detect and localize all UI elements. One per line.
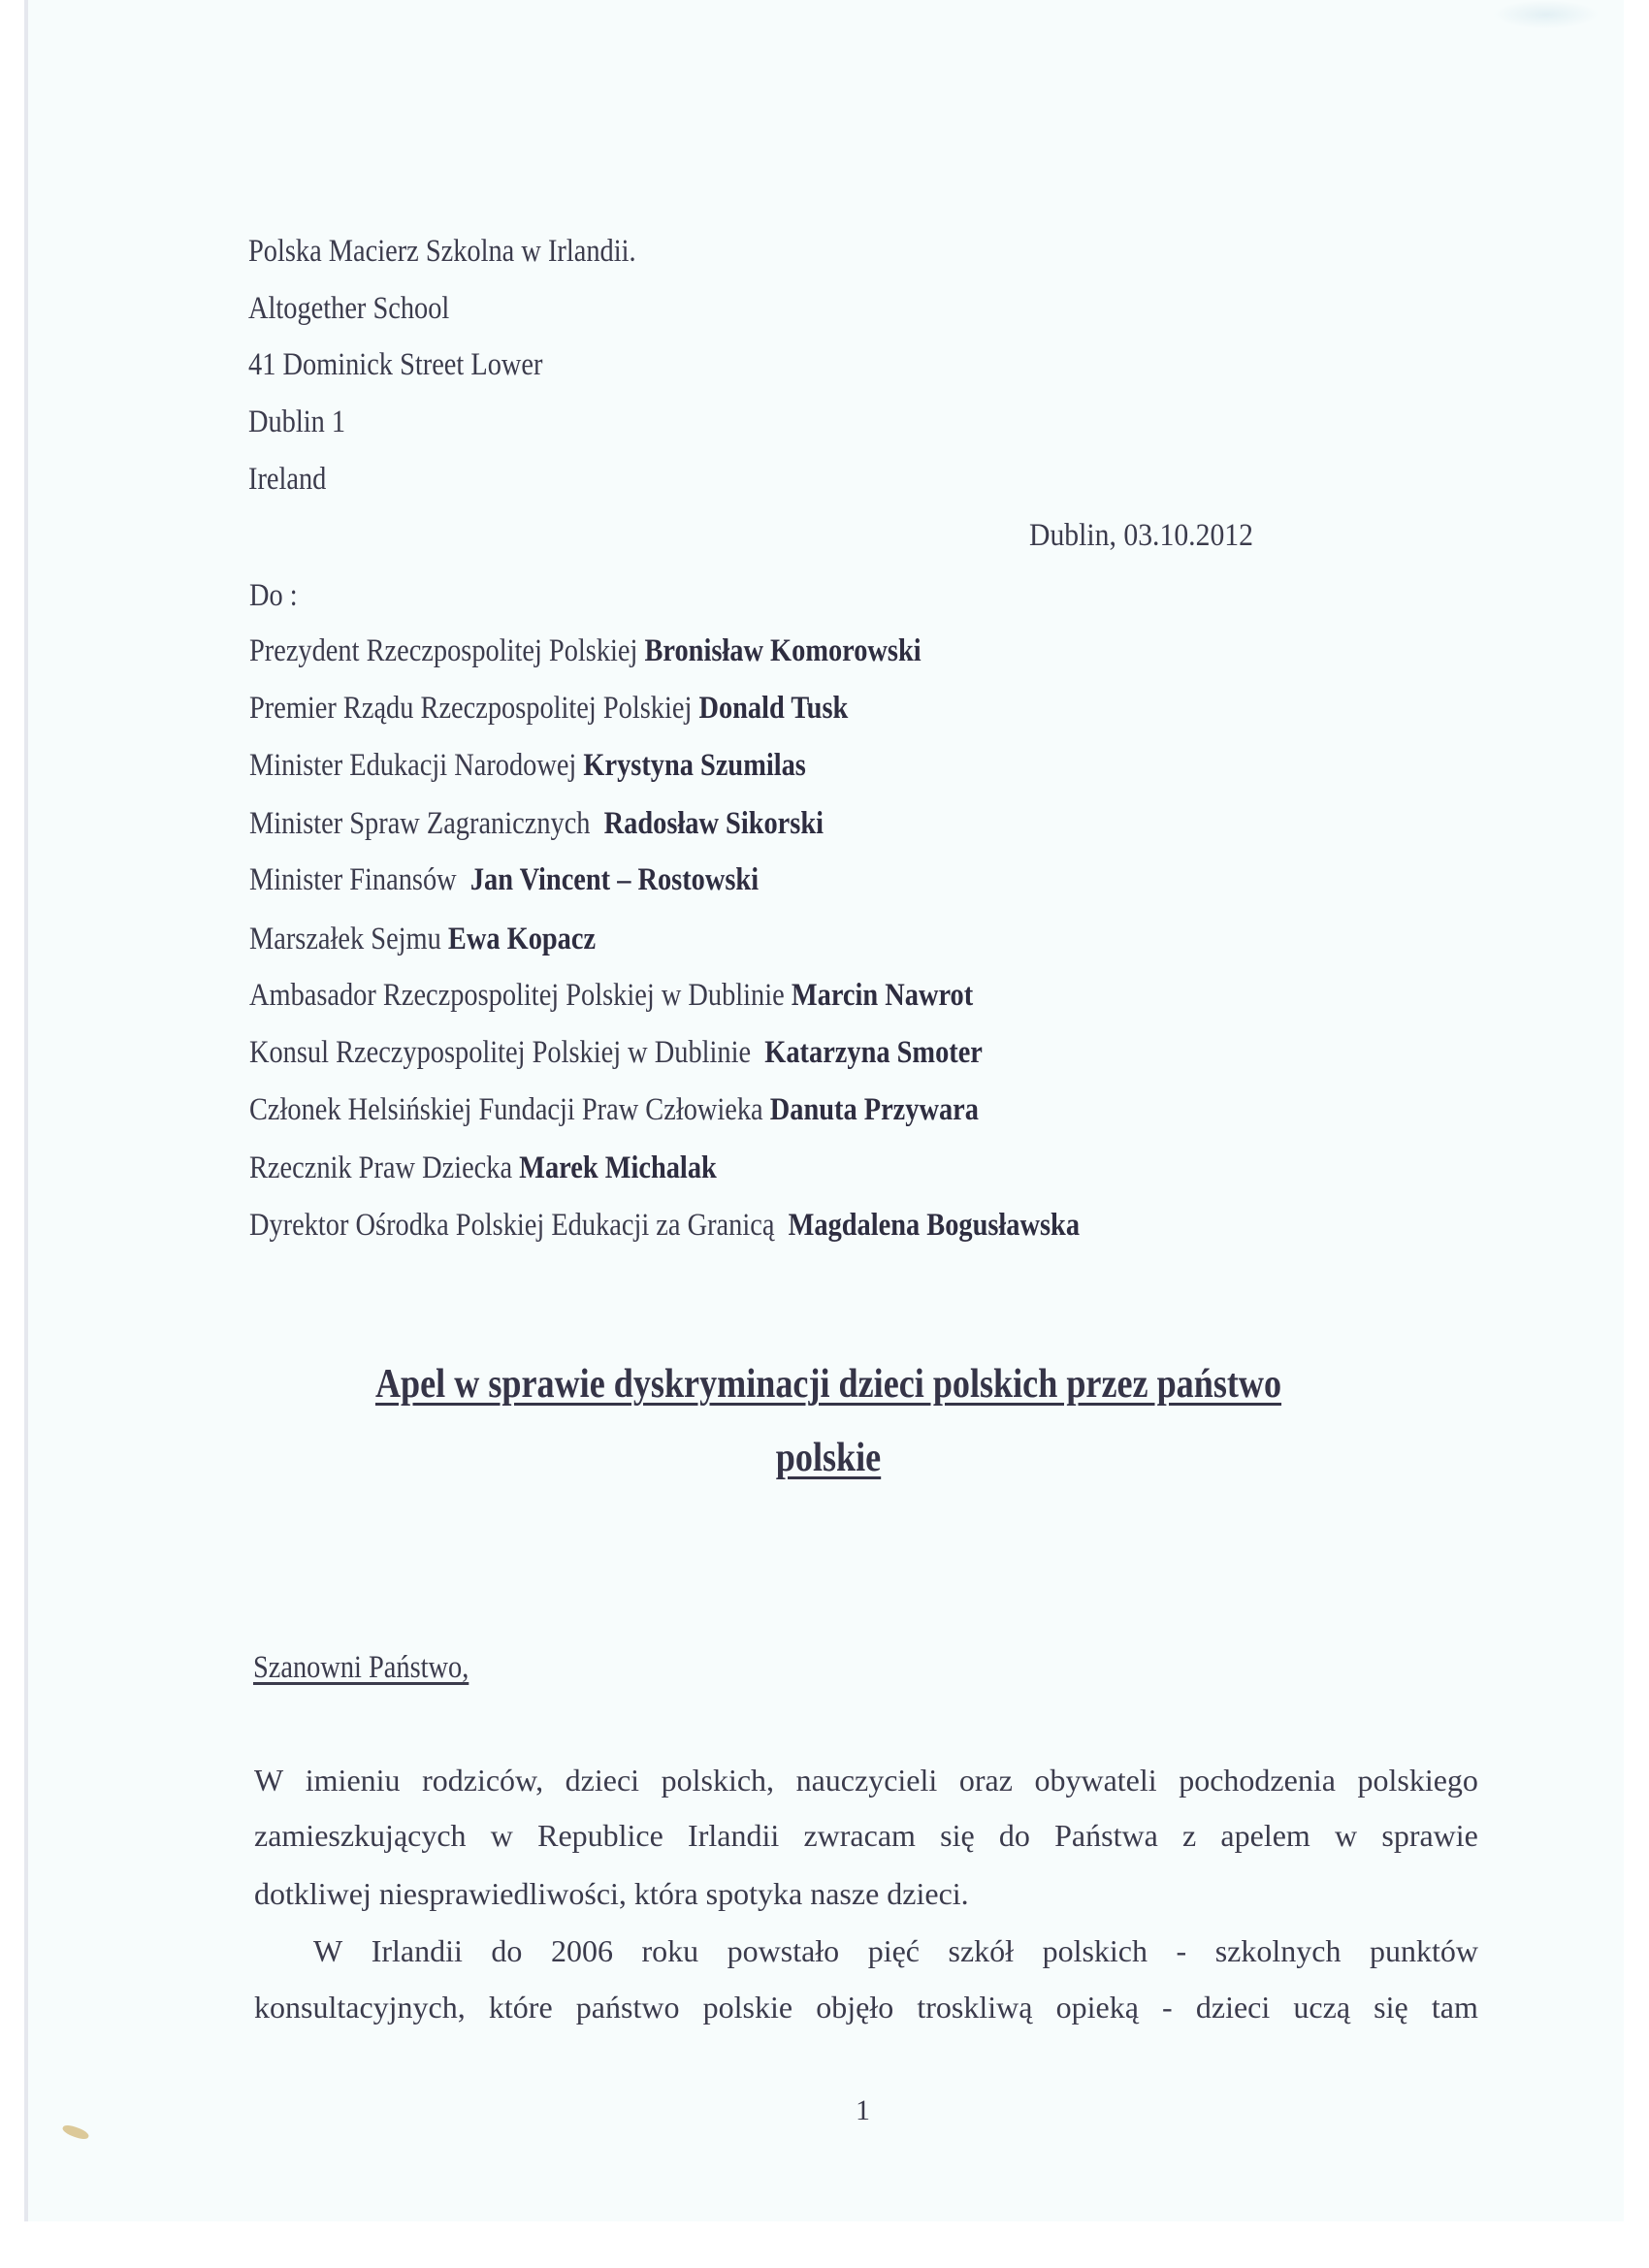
sender-line: Ireland (248, 460, 326, 499)
word: szkolnych (1215, 1931, 1342, 1970)
word: imieniu (306, 1761, 401, 1799)
recipient-name: Marcin Nawrot (792, 978, 973, 1013)
sender-line: Altogether School (248, 289, 449, 328)
sender-line: 41 Dominick Street Lower (248, 345, 542, 384)
word: polskie (703, 1988, 792, 2026)
recipient-item: Ambasador Rzeczpospolitej Polskiej w Dub… (249, 976, 973, 1015)
recipient-title: Dyrektor Ośrodka Polskiej Edukacji za Gr… (249, 1208, 789, 1243)
word: które (489, 1988, 553, 2026)
recipient-item: Członek Helsińskiej Fundacji Praw Człowi… (249, 1090, 979, 1129)
word: W (254, 1761, 283, 1799)
body-line: dotkliwej niesprawiedliwości, która spot… (254, 1874, 969, 1913)
word: tam (1432, 1988, 1478, 2026)
recipient-title: Premier Rządu Rzeczpospolitej Polskiej (249, 691, 698, 726)
word: rodziców, (422, 1761, 543, 1799)
word: sprawie (1381, 1816, 1478, 1855)
recipient-item: Rzecznik Praw Dziecka Marek Michalak (249, 1149, 717, 1187)
recipient-name: Ewa Kopacz (448, 922, 596, 956)
scan-stain (1493, 0, 1600, 29)
recipient-name: Jan Vincent – Rostowski (470, 862, 759, 897)
recipient-item: Marszałek Sejmu Ewa Kopacz (249, 920, 596, 958)
recipient-name: Donald Tusk (698, 691, 848, 726)
word: nauczycieli (796, 1761, 938, 1799)
body-line: konsultacyjnych,którepaństwopolskieobjęł… (254, 1988, 1478, 2026)
word: obywateli (1034, 1761, 1156, 1799)
recipient-title: Minister Edukacji Narodowej (249, 748, 583, 783)
recipient-name: Bronisław Komorowski (644, 633, 921, 668)
word: do (491, 1931, 522, 1970)
word: konsultacyjnych, (254, 1988, 466, 2026)
word: - (1162, 1988, 1173, 2026)
recipient-title: Członek Helsińskiej Fundacji Praw Człowi… (249, 1092, 770, 1127)
recipient-item: Konsul Rzeczypospolitej Polskiej w Dubli… (249, 1033, 983, 1072)
word: szkół (949, 1931, 1015, 1970)
word: troskliwą (917, 1988, 1032, 2026)
sender-line: Polska Macierz Szkolna w Irlandii. (248, 232, 636, 271)
salutation: Szanowni Państwo, (253, 1648, 469, 1687)
recipient-item: Minister Finansów Jan Vincent – Rostowsk… (249, 860, 759, 899)
recipient-item: Prezydent Rzeczpospolitej Polskiej Broni… (249, 632, 921, 670)
word: Republice (537, 1816, 663, 1855)
recipient-name: Danuta Przywara (770, 1092, 979, 1127)
recipient-title: Minister Finansów (249, 862, 470, 897)
word: Państwa (1054, 1816, 1158, 1855)
body-line: WIrlandiido2006rokupowstałopięćszkółpols… (254, 1931, 1478, 1970)
recipient-name: Katarzyna Smoter (764, 1035, 983, 1070)
body-line: Wimieniurodziców,dziecipolskich,nauczyci… (254, 1761, 1478, 1799)
word: dzieci (566, 1761, 639, 1799)
recipient-title: Prezydent Rzeczpospolitej Polskiej (249, 633, 644, 668)
word: pięć (868, 1931, 920, 1970)
word: powstało (727, 1931, 840, 1970)
word: do (999, 1816, 1030, 1855)
recipient-item: Premier Rządu Rzeczpospolitej Polskiej D… (249, 689, 848, 728)
recipient-item: Dyrektor Ośrodka Polskiej Edukacji za Gr… (249, 1206, 1080, 1245)
word: polskich (1043, 1931, 1148, 1970)
word: się (1374, 1988, 1408, 2026)
body-line: zamieszkującychwRepubliceIrlandiizwracam… (254, 1816, 1478, 1855)
word: - (1177, 1931, 1187, 1970)
document-page: Polska Macierz Szkolna w Irlandii. Altog… (24, 0, 1624, 2221)
recipient-item: Minister Edukacji Narodowej Krystyna Szu… (249, 746, 806, 785)
word: objęło (816, 1988, 893, 2026)
recipient-title: Konsul Rzeczypospolitej Polskiej w Dubli… (249, 1035, 764, 1070)
justified-line: WIrlandiido2006rokupowstałopięćszkółpols… (254, 1931, 1478, 1970)
scan-speck (61, 2122, 90, 2142)
word: państwo (576, 1988, 680, 2026)
recipient-title: Marszałek Sejmu (249, 922, 448, 956)
recipient-name: Krystyna Szumilas (583, 748, 805, 783)
word: 2006 (551, 1931, 613, 1970)
word: polskich, (662, 1761, 774, 1799)
sender-line: Dublin 1 (248, 403, 345, 441)
word: oraz (959, 1761, 1013, 1799)
word: w (491, 1816, 513, 1855)
word: punktów (1370, 1931, 1478, 1970)
recipient-title: Rzecznik Praw Dziecka (249, 1150, 519, 1185)
recipient-name: Radosław Sikorski (604, 806, 824, 841)
word: się (940, 1816, 975, 1855)
word: uczą (1293, 1988, 1350, 2026)
justified-line: Wimieniurodziców,dziecipolskich,nauczyci… (254, 1761, 1478, 1799)
word: z (1182, 1816, 1196, 1855)
recipient-name: Marek Michalak (519, 1150, 717, 1185)
justified-line: zamieszkującychwRepubliceIrlandiizwracam… (254, 1816, 1478, 1855)
word: W (313, 1931, 342, 1970)
page-number: 1 (856, 2091, 870, 2130)
word: dzieci (1196, 1988, 1270, 2026)
recipient-title: Ambasador Rzeczpospolitej Polskiej w Dub… (249, 978, 792, 1013)
date-line: Dublin, 03.10.2012 (1029, 516, 1253, 555)
word: roku (641, 1931, 698, 1970)
word: apelem (1220, 1816, 1309, 1855)
word: zamieszkujących (254, 1816, 467, 1855)
word: zwracam (803, 1816, 915, 1855)
recipients-label: Do : (249, 576, 298, 615)
justified-line: konsultacyjnych,którepaństwopolskieobjęł… (254, 1988, 1478, 2026)
recipient-item: Minister Spraw Zagranicznych Radosław Si… (249, 804, 824, 843)
word: pochodzenia (1179, 1761, 1336, 1799)
document-title-line-2: polskie (119, 1434, 1537, 1482)
document-title-line-1: Apel w sprawie dyskryminacji dzieci pols… (119, 1360, 1537, 1409)
recipient-name: Magdalena Bogusławska (789, 1208, 1080, 1243)
word: opieką (1056, 1988, 1139, 2026)
recipient-title: Minister Spraw Zagranicznych (249, 806, 604, 841)
word: Irlandii (688, 1816, 779, 1855)
word: polskiego (1357, 1761, 1477, 1799)
word: Irlandii (372, 1931, 463, 1970)
word: w (1335, 1816, 1357, 1855)
